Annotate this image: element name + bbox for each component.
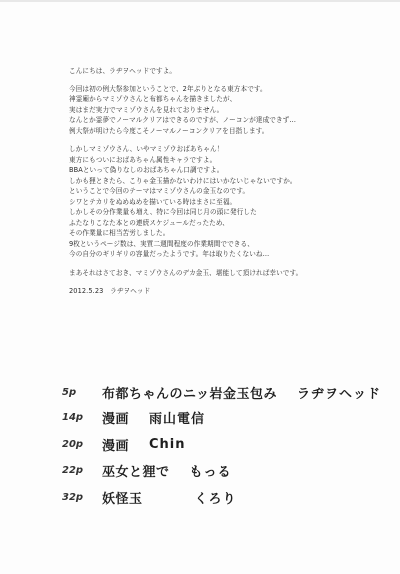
- toc-title: 妖怪玉: [102, 488, 143, 507]
- afterword-line: なんとか霊夢でノーマルクリアはできるのですが、ノーコンが達成できず…: [69, 115, 379, 126]
- toc-entry: 20p 漫画 Chin: [62, 435, 186, 453]
- afterword-line: その作業量に相当苦労しました。: [69, 228, 379, 239]
- afterword-line: しかしマミゾウさん、いやマミゾウおばあちゃん！: [69, 144, 379, 155]
- afterword-line: 今の自分のギリギリの容量だったようです。年は取りたくないね…: [69, 249, 379, 260]
- afterword-line: 実はまだ実力でマミゾウさんを見れておりません。: [69, 105, 379, 116]
- toc-author: ラヂヲヘッド: [297, 383, 381, 402]
- toc-title: 布都ちゃんのニッ岩金玉包み: [102, 383, 277, 402]
- afterword-greeting: こんにちは、ラヂヲヘッドですよ。: [69, 66, 379, 77]
- afterword-line: ということで今回のテーマはマミゾウさんの金玉なのです。: [69, 186, 379, 197]
- afterword-paragraph-2: しかしマミゾウさん、いやマミゾウおばあちゃん！ 東方にもついにおばあちゃん属性キ…: [69, 144, 379, 260]
- toc-title: 漫画: [102, 408, 129, 427]
- afterword-line: シワとテカリをぬめぬめを描いている時はまさに至福。: [69, 197, 379, 208]
- toc-entry: 14p 漫画 雨山電信: [62, 408, 205, 426]
- toc-author: Chin: [149, 437, 186, 452]
- toc-page-number: 14p: [62, 412, 102, 423]
- toc-entry: 5p 布都ちゃんのニッ岩金玉包み ラヂヲヘッド: [62, 383, 381, 401]
- afterword-line: 東方にもついにおばあちゃん属性キャラですよ。: [69, 155, 379, 166]
- afterword-line: 例大祭が明けたら今度こそノーマルノーコンクリアを目指します。: [69, 126, 379, 137]
- afterword-line: ふたなりこなた本との連続スケジュールだったため、: [69, 218, 379, 229]
- toc-page-number: 32p: [62, 492, 102, 503]
- afterword-line: BBAといって偽りなしのおばあちゃん口調ですよ。: [69, 165, 379, 176]
- afterword-line: しかも狸ときたら、こりゃ金玉描かないわけにはいかないじゃないですか。: [69, 176, 379, 187]
- toc-author: 雨山電信: [149, 408, 205, 427]
- afterword-closing: まあそれはさておき、マミゾウさんのデカ金玉、堪能して頂ければ幸いです。: [69, 268, 379, 279]
- toc-page-number: 22p: [62, 465, 102, 476]
- toc-title: 巫女と狸で: [102, 461, 170, 480]
- toc-author: もっる: [190, 461, 232, 480]
- toc-entry: 22p 巫女と狸で もっる: [62, 461, 232, 479]
- toc-author: くろり: [195, 488, 237, 507]
- afterword-line: しかしその分作業量も増え、特に今回は同じ月の頭に発行した: [69, 207, 379, 218]
- toc-title: 漫画: [102, 435, 129, 454]
- afterword-line: 今回は初の例大祭参加ということで、2年ぶりとなる東方本です。: [69, 84, 379, 95]
- toc-page-number: 5p: [62, 387, 102, 398]
- afterword-line: 9枚というページ数は、実質二週間程度の作業期間でできる、: [69, 239, 379, 250]
- paragraph-gap: [69, 136, 379, 144]
- toc-page-number: 20p: [62, 439, 102, 450]
- page-top-edge: [0, 0, 400, 2]
- afterword-section: こんにちは、ラヂヲヘッドですよ。 今回は初の例大祭参加ということで、2年ぶりとな…: [69, 66, 379, 297]
- afterword-line: 神霊廟からマミゾウさんと布都ちゃんを描きましたが、: [69, 94, 379, 105]
- toc-entry: 32p 妖怪玉 くろり: [62, 488, 237, 506]
- paragraph-gap: [69, 260, 379, 268]
- afterword-paragraph-1: 今回は初の例大祭参加ということで、2年ぶりとなる東方本です。 神霊廟からマミゾウ…: [69, 84, 379, 137]
- afterword-signature: 2012.5.23 ラヂヲヘッド: [69, 286, 379, 297]
